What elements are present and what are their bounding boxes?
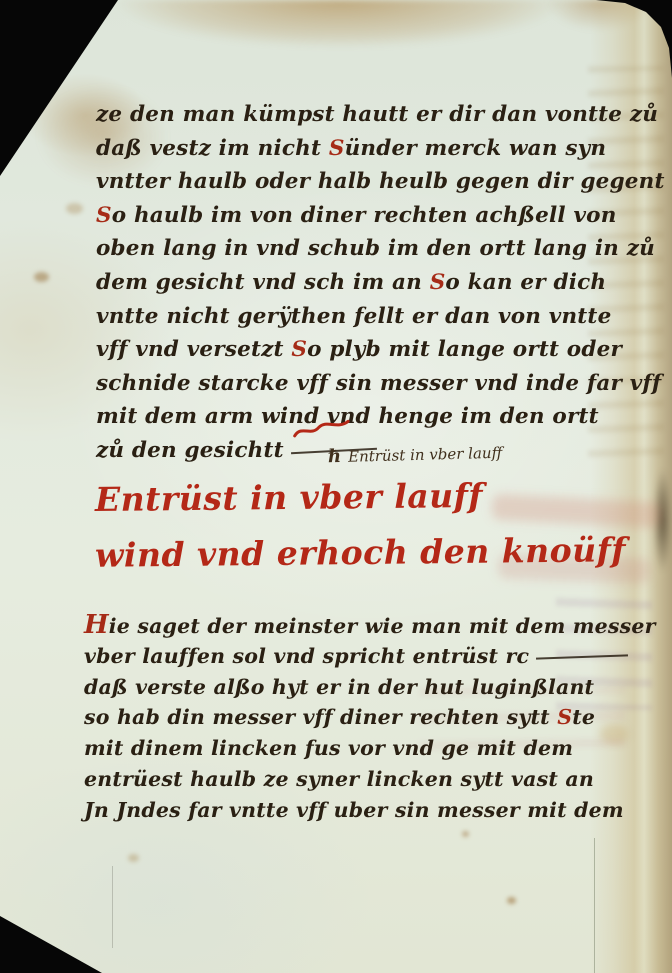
- text-block-lower: Hie saget der meinster wie man mit dem m…: [84, 610, 608, 826]
- manuscript-photo: ze den man kümpst hautt er dir dan vontt…: [0, 0, 672, 973]
- text-line: schnide starcke vff sin messer vnd inde …: [96, 367, 608, 401]
- line-text: vntte nicht gerÿthen fellt er dan von vn…: [96, 304, 611, 329]
- line-text: daß verste alßo hyt er in der hut luginß…: [84, 675, 594, 699]
- line-text: ünder merck wan syn: [345, 136, 607, 161]
- text-line: daß vestz im nicht Sünder merck wan syn: [96, 132, 608, 166]
- line-text: entrüest haulb ze syner lincken sytt vas…: [84, 767, 594, 791]
- rubric-heading-2: wind vnd erhoch den knoüff: [95, 530, 626, 576]
- paragraph-mark-icon: ℏ: [328, 446, 342, 467]
- text-line: Hie saget der meinster wie man mit dem m…: [84, 610, 608, 641]
- line-text: schnide starcke vff sin messer vnd inde …: [96, 371, 661, 396]
- stain-spot: [34, 272, 49, 282]
- text-line: vff vnd versetzt So plyb mit lange ortt …: [96, 333, 608, 367]
- line-text: Jn Jndes far vntte vff uber sin messer m…: [84, 798, 624, 822]
- stain-spot: [507, 897, 516, 904]
- rubricated-letter: S: [291, 337, 307, 362]
- stain-spot: [128, 854, 139, 862]
- gloss-text: Entrüst in vber lauff: [348, 444, 503, 466]
- text-line: mit dinem lincken fus vor vnd ge mit dem: [84, 733, 608, 764]
- rubricated-initial: H: [84, 610, 109, 640]
- text-line: So haulb im von diner rechten achßell vo…: [96, 199, 608, 233]
- text-line: ze den man kümpst hautt er dir dan vontt…: [96, 98, 608, 132]
- manuscript-page: ze den man kümpst hautt er dir dan vontt…: [0, 0, 672, 973]
- rubric-heading-1: Entrüst in vber lauff: [95, 476, 483, 520]
- line-text: o kan er dich: [445, 270, 606, 295]
- text-line: vntter haulb oder halb heulb gegen dir g…: [96, 165, 608, 199]
- text-line: vntte nicht gerÿthen fellt er dan von vn…: [96, 300, 608, 334]
- ruling-line: [594, 838, 595, 973]
- text-line: dem gesicht vnd sch im an So kan er dich: [96, 266, 608, 300]
- line-text: oben lang in vnd schub im den ortt lang …: [96, 236, 655, 261]
- rubricated-letter: S: [430, 270, 446, 295]
- line-text: o haulb im von diner rechten achßell von: [112, 203, 617, 228]
- line-text: daß vestz im nicht: [96, 136, 329, 161]
- text-line: entrüest haulb ze syner lincken sytt vas…: [84, 764, 608, 795]
- line-text: ze den man kümpst hautt er dir dan vontt…: [96, 102, 658, 127]
- text-line: vber lauffen sol vnd spricht entrüst rc: [84, 641, 608, 672]
- line-text: te: [572, 705, 595, 729]
- text-line: oben lang in vnd schub im den ortt lang …: [96, 232, 608, 266]
- line-text: ie saget der meinster wie man mit dem me…: [109, 614, 656, 638]
- rubricated-letter: S: [96, 203, 112, 228]
- rubricated-letter: S: [557, 705, 572, 729]
- ruling-line: [112, 866, 113, 948]
- line-text: dem gesicht vnd sch im an: [96, 270, 430, 295]
- top-edge-stain: [90, 0, 590, 62]
- text-line: so hab din messer vff diner rechten sytt…: [84, 702, 608, 733]
- stain-spot: [462, 831, 469, 837]
- line-text: o plyb mit lange ortt oder: [307, 337, 622, 362]
- stain-spot: [66, 203, 83, 214]
- text-line: daß verste alßo hyt er in der hut luginß…: [84, 672, 608, 703]
- line-text: mit dinem lincken fus vor vnd ge mit dem: [84, 736, 573, 760]
- text-block-upper: ze den man kümpst hautt er dir dan vontt…: [96, 98, 608, 468]
- line-text: so hab din messer vff diner rechten sytt: [84, 705, 557, 729]
- line-text: zů den gesichtt: [96, 438, 284, 463]
- line-text: vntter haulb oder halb heulb gegen dir g…: [96, 169, 665, 194]
- line-text: vber lauffen sol vnd spricht entrüst rc: [84, 644, 529, 668]
- line-text: vff vnd versetzt: [96, 337, 291, 362]
- rubricated-letter: S: [329, 136, 345, 161]
- text-line: Jn Jndes far vntte vff uber sin messer m…: [84, 795, 608, 826]
